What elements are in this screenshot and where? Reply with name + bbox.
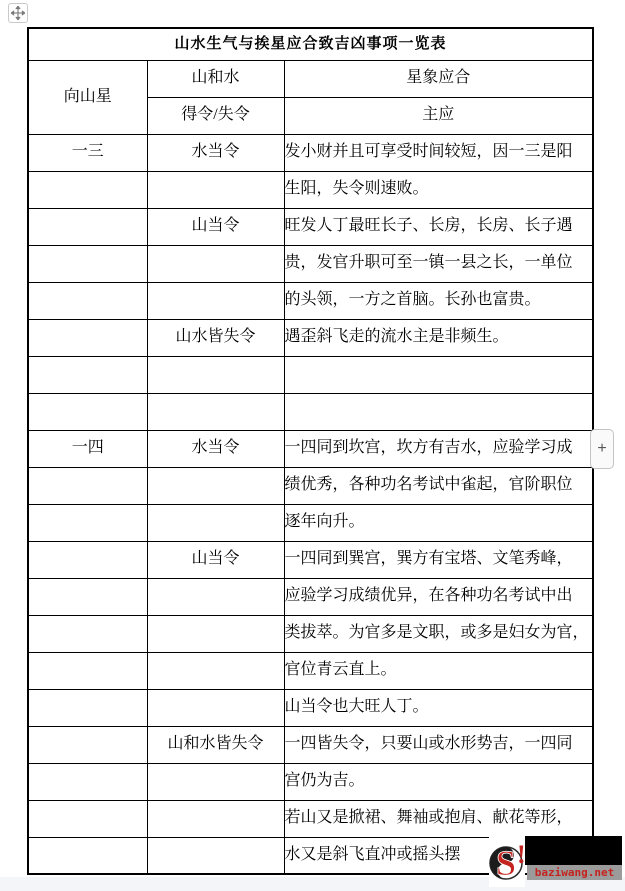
table-row: 官位青云直上。 (28, 652, 593, 689)
outcome-cell[interactable]: 绩优秀，各种功名考试中雀起，官阶职位 (284, 467, 593, 504)
svg-text:S: S (496, 843, 516, 883)
timing-cell[interactable] (147, 245, 284, 282)
outcome-cell[interactable]: 一四同到巽宫，巽方有宝塔、文笔秀峰， (284, 541, 593, 578)
star-pair-cell[interactable] (28, 837, 147, 874)
table-row: 山当令一四同到巽宫，巽方有宝塔、文笔秀峰， (28, 541, 593, 578)
table-row: 一三水当令发小财并且可享受时间较短，因一三是阳 (28, 134, 593, 171)
timing-cell[interactable] (147, 356, 284, 393)
table-row: 绩优秀，各种功名考试中雀起，官阶职位 (28, 467, 593, 504)
star-pair-cell[interactable] (28, 726, 147, 763)
table-row: 的头领，一方之首脑。长孙也富贵。 (28, 282, 593, 319)
star-pair-cell[interactable] (28, 615, 147, 652)
star-pair-cell[interactable] (28, 208, 147, 245)
timing-cell[interactable] (147, 800, 284, 837)
header-cell-star-response[interactable]: 星象应合 (284, 60, 593, 97)
table-row: 类拔萃。为官多是文职，或多是妇女为官， (28, 615, 593, 652)
outcome-cell[interactable]: 若山又是掀裙、舞袖或抱肩、献花等形， (284, 800, 593, 837)
star-pair-cell[interactable] (28, 467, 147, 504)
table-row (28, 356, 593, 393)
censored-box (525, 836, 622, 865)
outcome-cell[interactable]: 应验学习成绩优异，在各种功名考试中出 (284, 578, 593, 615)
timing-cell[interactable] (147, 689, 284, 726)
baziwang-logo-icon: S ! (489, 837, 525, 887)
star-pair-cell[interactable] (28, 171, 147, 208)
outcome-cell[interactable]: 宫仍为吉。 (284, 763, 593, 800)
watermark-site-url: baziwang.net (527, 865, 622, 880)
timing-cell[interactable]: 水当令 (147, 430, 284, 467)
header-cell-facing-star[interactable]: 向山星 (28, 60, 147, 134)
star-pair-cell[interactable] (28, 800, 147, 837)
outcome-cell[interactable]: 山当令也大旺人丁。 (284, 689, 593, 726)
table-row: 山当令旺发人丁最旺长子、长房，长房、长子遇 (28, 208, 593, 245)
outcome-cell[interactable]: 生阳，失令则速败。 (284, 171, 593, 208)
star-pair-cell[interactable] (28, 319, 147, 356)
outcome-cell[interactable]: 发小财并且可享受时间较短，因一三是阳 (284, 134, 593, 171)
fengshui-table: 山水生气与挨星应合致吉凶事项一览表 向山星 山和水 星象应合 得令/失令 主应 … (27, 27, 594, 875)
table-row: 山和水皆失令一四皆失令，只要山或水形势吉，一四同 (28, 726, 593, 763)
timing-cell[interactable] (147, 578, 284, 615)
timing-cell[interactable] (147, 837, 284, 874)
table-row: 若山又是掀裙、舞袖或抱肩、献花等形， (28, 800, 593, 837)
insert-button[interactable]: + (590, 429, 614, 469)
star-pair-cell[interactable] (28, 763, 147, 800)
timing-cell[interactable]: 山水皆失令 (147, 319, 284, 356)
outcome-cell[interactable]: 类拔萃。为官多是文职，或多是妇女为官， (284, 615, 593, 652)
table-row: 应验学习成绩优异，在各种功名考试中出 (28, 578, 593, 615)
timing-cell[interactable] (147, 282, 284, 319)
timing-cell[interactable]: 山当令 (147, 541, 284, 578)
star-pair-cell[interactable] (28, 689, 147, 726)
outcome-cell[interactable]: 贵，发官升职可至一镇一县之长，一单位 (284, 245, 593, 282)
timing-cell[interactable] (147, 393, 284, 430)
timing-cell[interactable] (147, 171, 284, 208)
outcome-cell[interactable]: 旺发人丁最旺长子、长房，长房、长子遇 (284, 208, 593, 245)
star-pair-cell[interactable] (28, 504, 147, 541)
timing-cell[interactable]: 水当令 (147, 134, 284, 171)
table-move-handle[interactable] (8, 3, 28, 23)
svg-text:!: ! (517, 840, 525, 869)
timing-cell[interactable] (147, 504, 284, 541)
star-pair-cell[interactable] (28, 652, 147, 689)
star-pair-cell[interactable] (28, 578, 147, 615)
outcome-cell[interactable]: 的头领，一方之首脑。长孙也富贵。 (284, 282, 593, 319)
timing-cell[interactable]: 山和水皆失令 (147, 726, 284, 763)
outcome-cell[interactable] (284, 356, 593, 393)
star-pair-cell[interactable]: 一四 (28, 430, 147, 467)
header-cell-main-effect[interactable]: 主应 (284, 97, 593, 134)
header-cell-timing[interactable]: 得令/失令 (147, 97, 284, 134)
table-row: 宫仍为吉。 (28, 763, 593, 800)
outcome-cell[interactable]: 一四同到坎宫，坎方有吉水，应验学习成 (284, 430, 593, 467)
table-row: 逐年向升。 (28, 504, 593, 541)
outcome-cell[interactable]: 逐年向升。 (284, 504, 593, 541)
table-row: 山当令也大旺人丁。 (28, 689, 593, 726)
table-title-row: 山水生气与挨星应合致吉凶事项一览表 (28, 28, 593, 60)
table-row: 山水皆失令遇歪斜飞走的流水主是非频生。 (28, 319, 593, 356)
table-row: 一四水当令一四同到坎宫，坎方有吉水，应验学习成 (28, 430, 593, 467)
page: 山水生气与挨星应合致吉凶事项一览表 向山星 山和水 星象应合 得令/失令 主应 … (0, 0, 625, 891)
move-icon (11, 6, 25, 20)
table-row (28, 393, 593, 430)
timing-cell[interactable]: 山当令 (147, 208, 284, 245)
outcome-cell[interactable]: 一四皆失令，只要山或水形势吉，一四同 (284, 726, 593, 763)
timing-cell[interactable] (147, 467, 284, 504)
star-pair-cell[interactable] (28, 393, 147, 430)
table-row: 贵，发官升职可至一镇一县之长，一单位 (28, 245, 593, 282)
table-row: 生阳，失令则速败。 (28, 171, 593, 208)
timing-cell[interactable] (147, 615, 284, 652)
star-pair-cell[interactable] (28, 282, 147, 319)
star-pair-cell[interactable] (28, 356, 147, 393)
outcome-cell[interactable]: 官位青云直上。 (284, 652, 593, 689)
timing-cell[interactable] (147, 763, 284, 800)
header-cell-mountain-water[interactable]: 山和水 (147, 60, 284, 97)
star-pair-cell[interactable]: 一三 (28, 134, 147, 171)
star-pair-cell[interactable] (28, 541, 147, 578)
outcome-cell[interactable] (284, 393, 593, 430)
outcome-cell[interactable]: 遇歪斜飞走的流水主是非频生。 (284, 319, 593, 356)
table-title[interactable]: 山水生气与挨星应合致吉凶事项一览表 (28, 28, 593, 60)
table-header-row-1: 向山星 山和水 星象应合 (28, 60, 593, 97)
timing-cell[interactable] (147, 652, 284, 689)
star-pair-cell[interactable] (28, 245, 147, 282)
